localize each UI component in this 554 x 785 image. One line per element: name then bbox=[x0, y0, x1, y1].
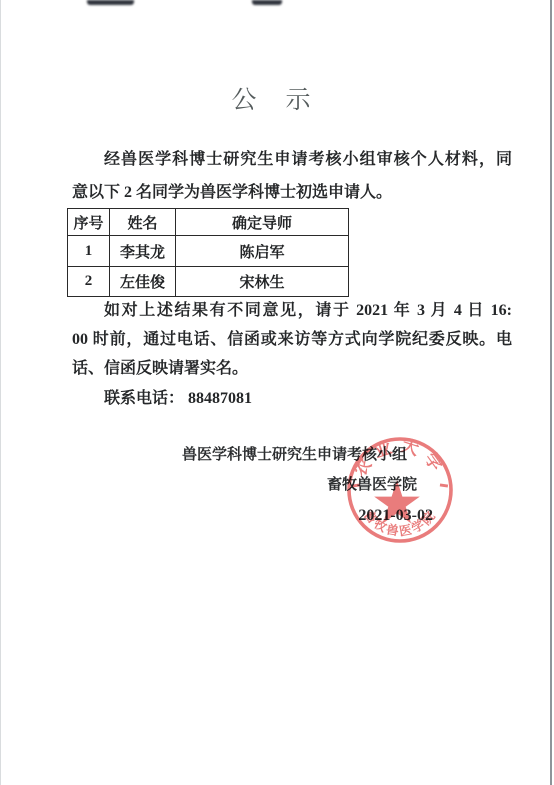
cell-tutor: 宋林生 bbox=[176, 267, 349, 297]
scan-edge-left bbox=[0, 0, 1, 785]
seal-star-icon bbox=[374, 480, 420, 523]
paragraph-line: 经兽医学科博士研究生申请考核小组审核个人材料，同 bbox=[72, 143, 512, 176]
paragraph-line: 如对上述结果有不同意见，请于 2021 年 3 月 4 日 16: bbox=[72, 296, 512, 325]
intro-paragraph: 经兽医学科博士研究生申请考核小组审核个人材料，同 意以下 2 名同学为兽医学科博… bbox=[72, 143, 512, 209]
cell-tutor: 陈启军 bbox=[176, 236, 349, 267]
table-row: 1 李其龙 陈启军 bbox=[68, 236, 349, 267]
cell-name: 左佳俊 bbox=[110, 267, 176, 297]
page-title: 公 示 bbox=[0, 86, 544, 116]
objection-paragraph: 如对上述结果有不同意见，请于 2021 年 3 月 4 日 16: 00 时前，… bbox=[72, 296, 512, 383]
contact-phone-line: 联系电话： 88487081 bbox=[72, 384, 512, 413]
scan-smudge bbox=[252, 0, 282, 5]
announcement-page: 公 示 经兽医学科博士研究生申请考核小组审核个人材料，同 意以下 2 名同学为兽… bbox=[0, 0, 554, 785]
table-header-row: 序号 姓名 确定导师 bbox=[68, 209, 349, 236]
scan-edge-right bbox=[550, 0, 552, 785]
header-cell-name: 姓名 bbox=[110, 209, 176, 236]
applicant-table: 序号 姓名 确定导师 1 李其龙 陈启军 2 左佳俊 宋林生 bbox=[67, 208, 349, 297]
header-cell-tutor: 确定导师 bbox=[176, 209, 349, 236]
cell-number: 2 bbox=[68, 267, 110, 297]
header-cell-number: 序号 bbox=[68, 209, 110, 236]
contact-paragraph: 联系电话： 88487081 bbox=[72, 384, 512, 413]
seal-side-mark bbox=[440, 483, 448, 487]
official-seal-stamp: 农业大学 畜牧兽医学院 bbox=[342, 434, 458, 550]
cell-name: 李其龙 bbox=[110, 236, 176, 267]
seal-top-text: 农业大学 bbox=[349, 435, 451, 480]
paragraph-line: 00 时前，通过电话、信函或来访等方式向学院纪委反映。电 bbox=[72, 325, 512, 354]
table-row: 2 左佳俊 宋林生 bbox=[68, 267, 349, 297]
paragraph-line: 意以下 2 名同学为兽医学科博士初选申请人。 bbox=[72, 176, 512, 209]
seal-side-mark bbox=[352, 483, 360, 487]
scan-smudge bbox=[87, 0, 134, 5]
cell-number: 1 bbox=[68, 236, 110, 267]
paragraph-line: 话、信函反映请署实名。 bbox=[72, 354, 512, 383]
